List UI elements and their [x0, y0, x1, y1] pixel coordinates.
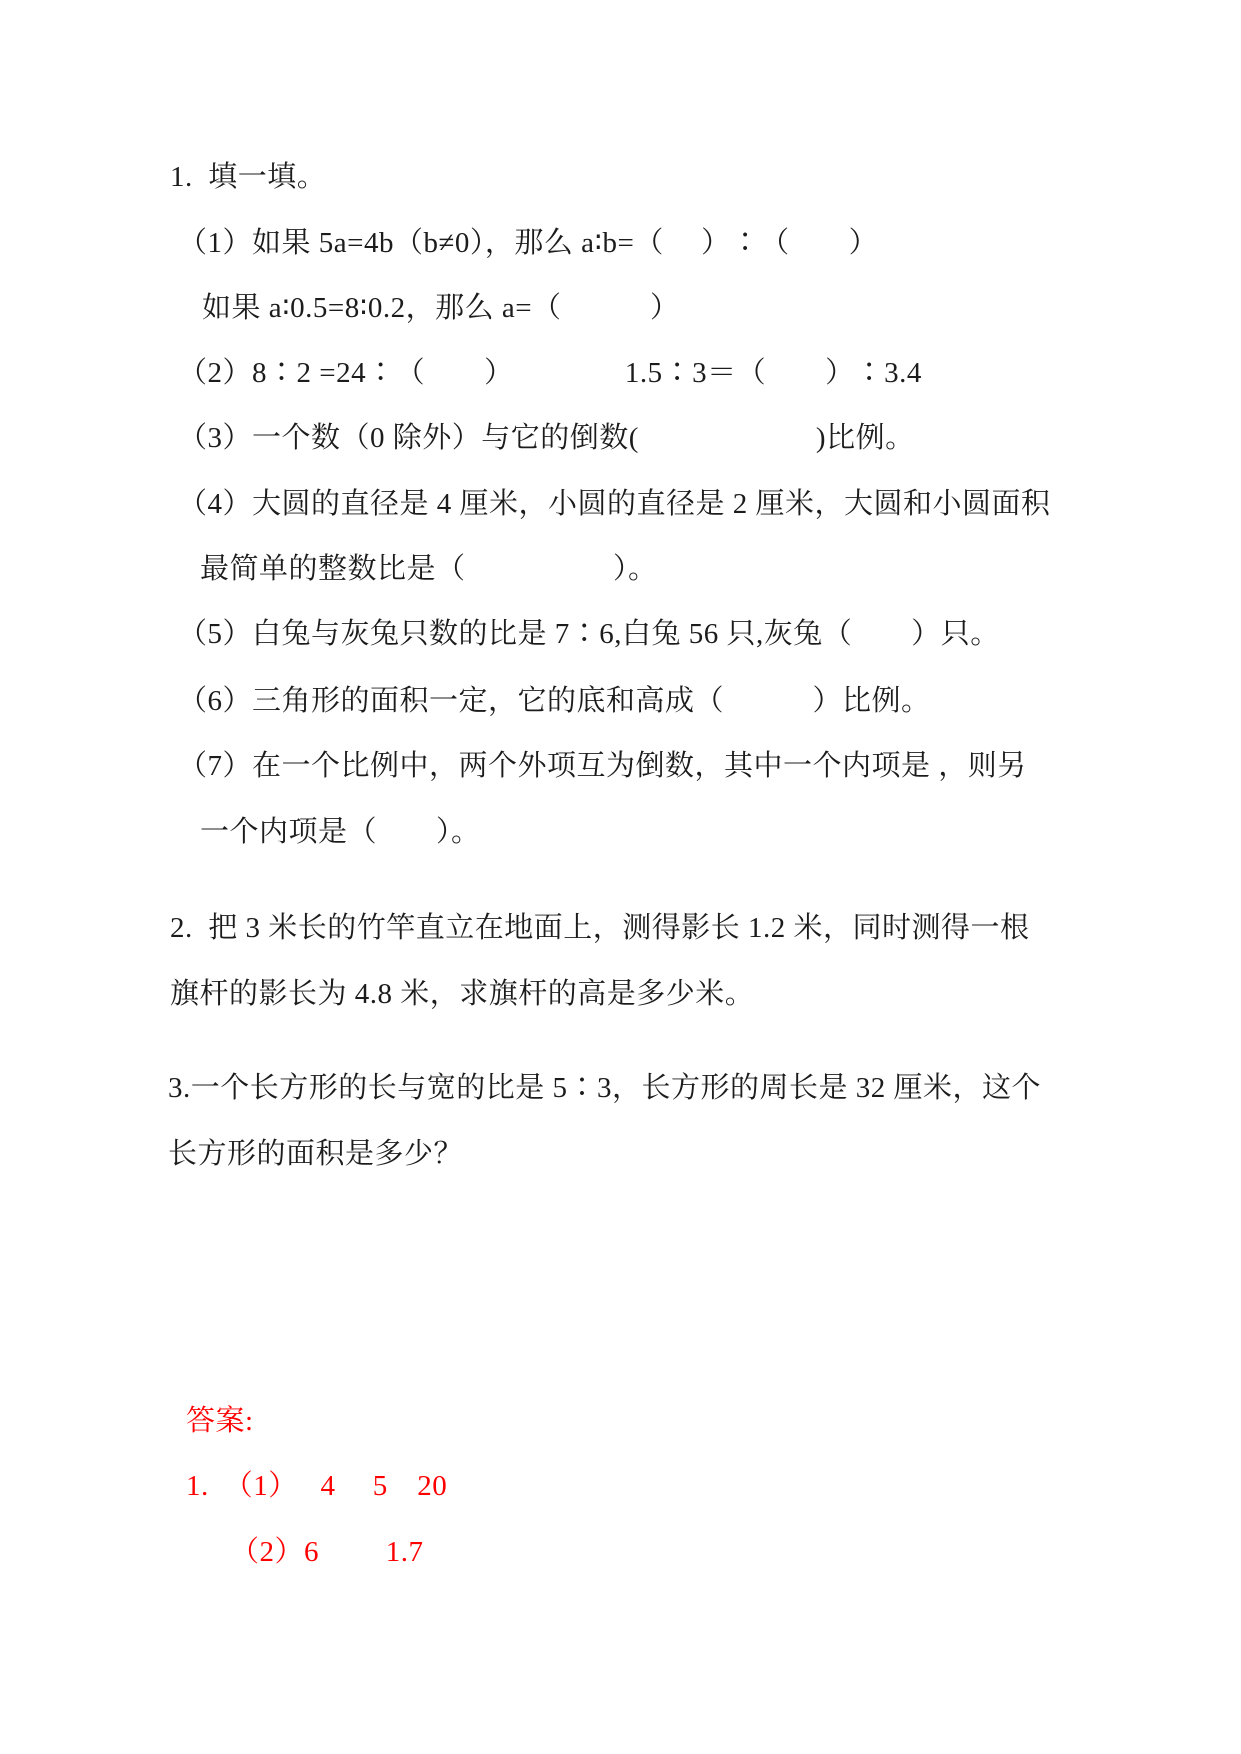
q3-line2: 长方形的面积是多少？ — [168, 1137, 463, 1172]
q1-item1-line1: （1）如果 5a=4b（b≠0），那么 a∶b=（ ）∶（ ） — [178, 226, 878, 261]
q2-line2: 旗杆的影长为 4.8 米，求旗杆的高是多少米。 — [170, 977, 754, 1012]
answers-header: 答案: — [186, 1404, 254, 1439]
q2-line1: 2. 把 3 米长的竹竿直立在地面上，测得影长 1.2 米，同时测得一根 — [170, 911, 1030, 946]
q1-item7-line2: 一个内项是（ ）。 — [200, 815, 481, 850]
q1-item2: （2）8∶2 =24∶（ ） 1.5∶3＝（ ）∶3.4 — [178, 356, 922, 391]
q1-item4-line2: 最简单的整数比是（ ）。 — [200, 552, 658, 587]
q1-item3: （3）一个数（0 除外）与它的倒数( )比例。 — [178, 421, 915, 456]
q1-item1-line2: 如果 a∶0.5=8∶0.2，那么 a=（ ） — [202, 291, 680, 326]
q1-item4-line1: （4）大圆的直径是 4 厘米，小圆的直径是 2 厘米，大圆和小圆面积 — [178, 487, 1051, 522]
q1-item5: （5）白兔与灰兔只数的比是 7∶6,白兔 56 只,灰兔（ ）只。 — [178, 617, 1000, 652]
answers-line2: （2）6 1.7 — [230, 1535, 424, 1570]
q1-item6: （6）三角形的面积一定，它的底和高成（ ）比例。 — [178, 684, 931, 719]
answers-line1: 1. （1） 4 5 20 — [186, 1469, 447, 1504]
q1-title: 1. 填一填。 — [170, 160, 326, 195]
q3-line1: 3.一个长方形的长与宽的比是 5∶3，长方形的周长是 32 厘米，这个 — [168, 1071, 1041, 1106]
worksheet-page: 1. 填一填。 （1）如果 5a=4b（b≠0），那么 a∶b=（ ）∶（ ） … — [0, 0, 1241, 1754]
q1-item7-line1: （7）在一个比例中，两个外项互为倒数，其中一个内项是 ，则另 — [178, 749, 1027, 784]
